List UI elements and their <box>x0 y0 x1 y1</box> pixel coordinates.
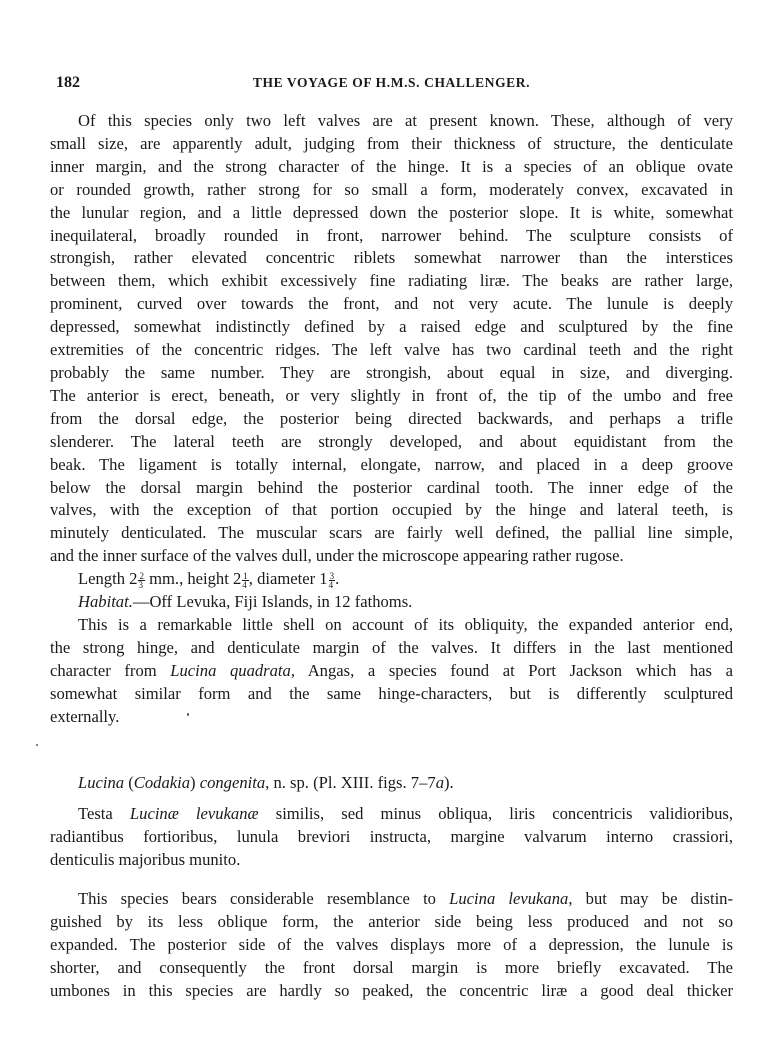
remarks-paragraph: This is a remarkable little shell on acc… <box>50 614 733 729</box>
text-line: beak. The ligament is totally internal, … <box>50 454 733 477</box>
running-head: 182 THE VOYAGE OF H.M.S. CHALLENGER. <box>50 74 733 96</box>
text-line: This species bears considerable resembla… <box>50 888 733 911</box>
section-gap <box>50 728 733 772</box>
section-gap <box>50 795 733 803</box>
text-line: probably the same number. They are stron… <box>50 362 733 385</box>
habitat-line: Habitat.—Off Levuka, Fiji Islands, in 12… <box>50 591 733 614</box>
description-paragraph: Of this species only two left valves are… <box>50 110 733 568</box>
text-line: umbones in this species are hardly so pe… <box>50 980 733 1003</box>
species-name: congenita <box>200 773 265 792</box>
running-head-title: THE VOYAGE OF H.M.S. CHALLENGER. <box>50 75 733 91</box>
text-line: the lunular region, and a little depress… <box>50 202 733 225</box>
body-text: Of this species only two left valves are… <box>50 110 733 1003</box>
text-line: Of this species only two left valves are… <box>50 110 733 133</box>
section-gap <box>50 872 733 888</box>
text-line: extremities of the concentric ridges. Th… <box>50 339 733 362</box>
comparison-paragraph: This species bears considerable resembla… <box>50 888 733 1003</box>
habitat-label: Habitat. <box>78 592 133 611</box>
text-line: minutely denticulated. The muscular scar… <box>50 522 733 545</box>
measurements-line: Length 223 mm., height 214, diameter 134… <box>50 568 733 591</box>
text-line: below the dorsal margin behind the poste… <box>50 477 733 500</box>
species-heading: Lucina (Codakia) congenita, n. sp. (Pl. … <box>50 772 733 795</box>
text-line: slenderer. The lateral teeth are strongl… <box>50 431 733 454</box>
text-line: prominent, curved over towards the front… <box>50 293 733 316</box>
text-line: inequilateral, broadly rounded in front,… <box>50 225 733 248</box>
text-line: or rounded growth, rather strong for so … <box>50 179 733 202</box>
genus-name: Lucina <box>78 773 124 792</box>
text-line: radiantibus fortioribus, lunula breviori… <box>50 826 733 849</box>
taxon-name: Lucina levukana <box>449 889 568 908</box>
subgenus-name: Codakia <box>134 773 190 792</box>
text-line: depressed, somewhat indistinctly defined… <box>50 316 733 339</box>
text-line: character from Lucina quadrata, Angas, a… <box>50 660 733 683</box>
scan-speck <box>187 713 189 716</box>
habitat-text: —Off Levuka, Fiji Islands, in 12 fathoms… <box>133 592 412 611</box>
text-line: expanded. The posterior side of the valv… <box>50 934 733 957</box>
text-line: valves, with the exception of that porti… <box>50 499 733 522</box>
text-line: and the inner surface of the valves dull… <box>50 545 733 568</box>
text-line: The anterior is erect, beneath, or very … <box>50 385 733 408</box>
text-line: guished by its less oblique form, the an… <box>50 911 733 934</box>
text-line: denticulis majoribus munito. <box>50 849 733 872</box>
scan-speck <box>36 744 38 746</box>
taxon-name: Lucinæ levukanæ <box>130 804 259 823</box>
text-line: strongish, rather elevated concentric ri… <box>50 247 733 270</box>
text-line: somewhat similar form and the same hinge… <box>50 683 733 706</box>
text-line: inner margin, and the strong character o… <box>50 156 733 179</box>
taxon-name: Lucina quadrata <box>170 661 291 680</box>
text-line: externally. <box>50 706 733 729</box>
text-line: Testa Lucinæ levukanæ similis, sed minus… <box>50 803 733 826</box>
text-line: the strong hinge, and denticulate margin… <box>50 637 733 660</box>
text-line: This is a remarkable little shell on acc… <box>50 614 733 637</box>
text-line: small size, are apparently adult, judgin… <box>50 133 733 156</box>
latin-diagnosis: Testa Lucinæ levukanæ similis, sed minus… <box>50 803 733 872</box>
text-line: from the dorsal edge, the posterior bein… <box>50 408 733 431</box>
text-line: between them, which exhibit excessively … <box>50 270 733 293</box>
text-line: shorter, and consequently the front dors… <box>50 957 733 980</box>
